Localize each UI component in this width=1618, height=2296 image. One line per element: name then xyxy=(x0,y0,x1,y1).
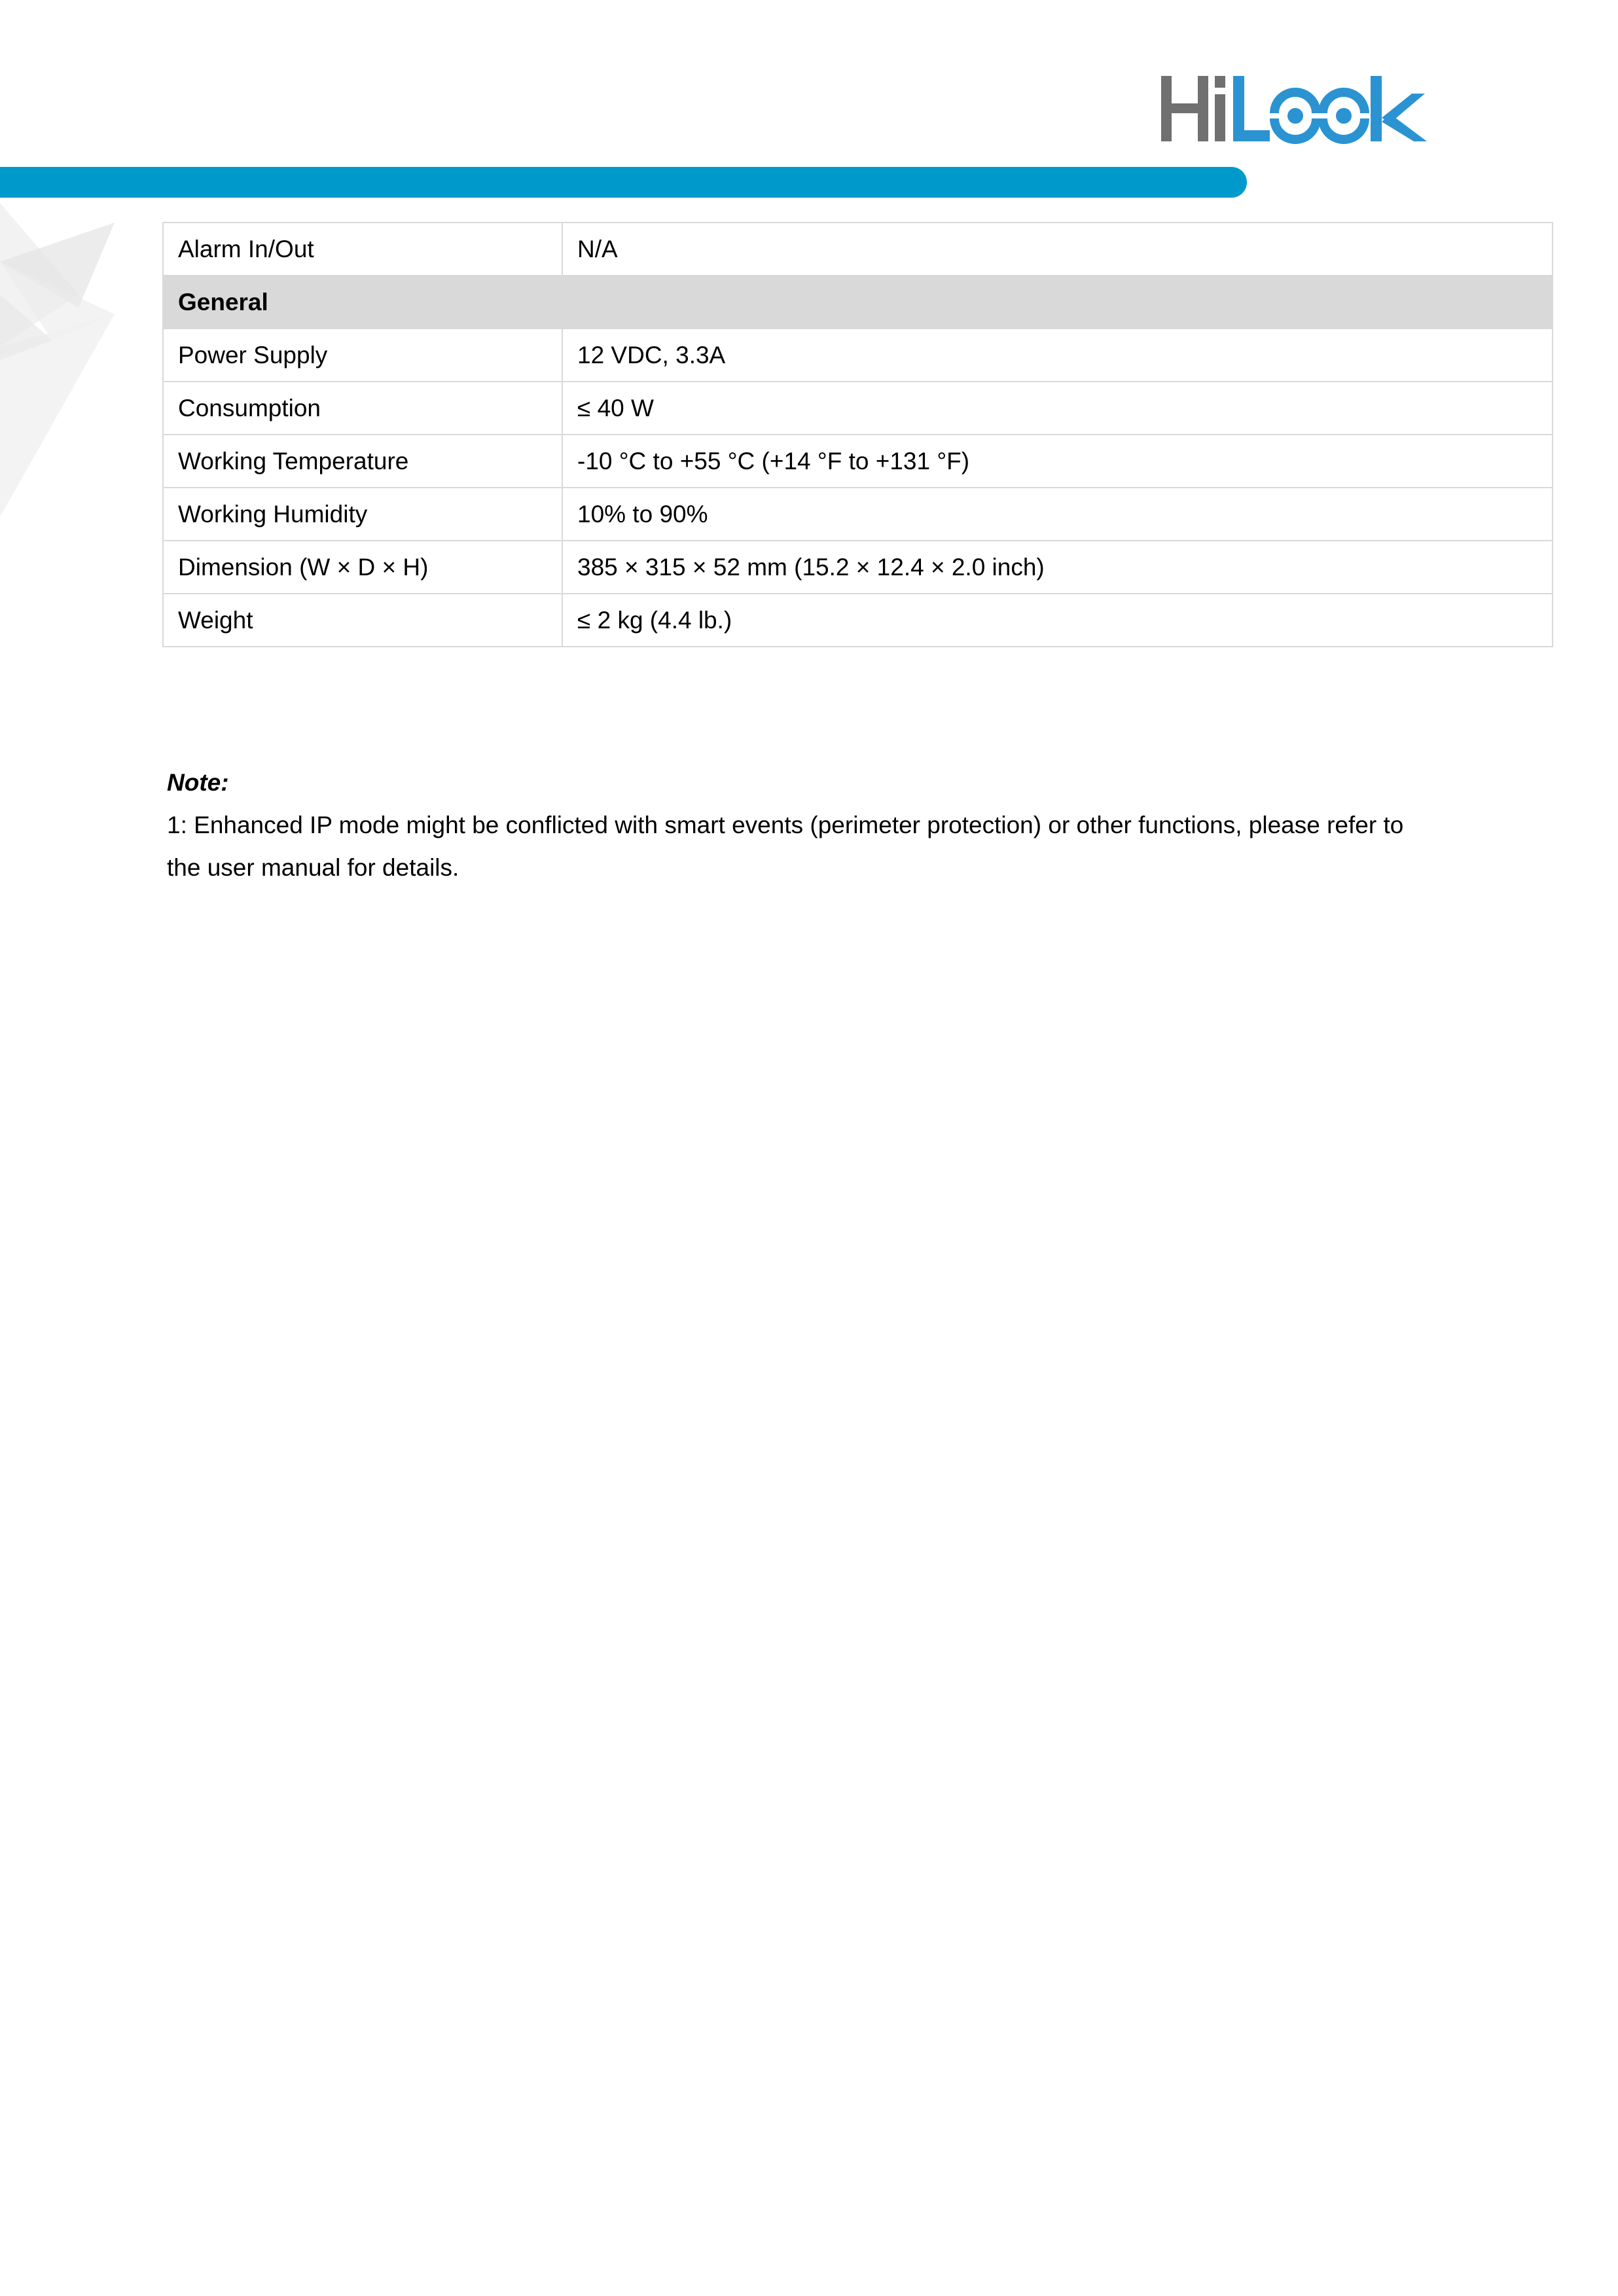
spec-table: Alarm In/OutN/AGeneralPower Supply12 VDC… xyxy=(162,222,1553,647)
table-row: Working Humidity10% to 90% xyxy=(163,488,1553,541)
decorative-triangles-icon xyxy=(0,196,131,524)
note-block: Note: 1: Enhanced IP mode might be confl… xyxy=(167,761,1541,889)
spec-label: Working Humidity xyxy=(163,488,562,541)
section-title: General xyxy=(163,276,1553,329)
table-row: Weight≤ 2 kg (4.4 lb.) xyxy=(163,594,1553,647)
hilook-logo-icon xyxy=(1160,71,1428,149)
spec-value: 12 VDC, 3.3A xyxy=(562,329,1553,382)
table-row: Dimension (W × D × H)385 × 315 × 52 mm (… xyxy=(163,541,1553,594)
spec-value: 385 × 315 × 52 mm (15.2 × 12.4 × 2.0 inc… xyxy=(562,541,1553,594)
spec-label: Working Temperature xyxy=(163,435,562,488)
spec-value: ≤ 2 kg (4.4 lb.) xyxy=(562,594,1553,647)
table-row: Power Supply12 VDC, 3.3A xyxy=(163,329,1553,382)
spec-label: Alarm In/Out xyxy=(163,223,562,276)
table-row: Working Temperature-10 °C to +55 °C (+14… xyxy=(163,435,1553,488)
spec-value: N/A xyxy=(562,223,1553,276)
spec-label: Dimension (W × D × H) xyxy=(163,541,562,594)
table-row: Alarm In/OutN/A xyxy=(163,223,1553,276)
spec-label: Weight xyxy=(163,594,562,647)
spec-label: Consumption xyxy=(163,382,562,435)
spec-label: Power Supply xyxy=(163,329,562,382)
section-header-row: General xyxy=(163,276,1553,329)
note-line: 1: Enhanced IP mode might be conflicted … xyxy=(167,804,1541,846)
hilook-logo xyxy=(1160,71,1428,149)
note-line: the user manual for details. xyxy=(167,846,1541,889)
spec-value: -10 °C to +55 °C (+14 °F to +131 °F) xyxy=(562,435,1553,488)
note-title: Note: xyxy=(167,761,1541,804)
table-row: Consumption≤ 40 W xyxy=(163,382,1553,435)
header-accent-bar xyxy=(0,167,1247,198)
spec-value: 10% to 90% xyxy=(562,488,1553,541)
spec-value: ≤ 40 W xyxy=(562,382,1553,435)
